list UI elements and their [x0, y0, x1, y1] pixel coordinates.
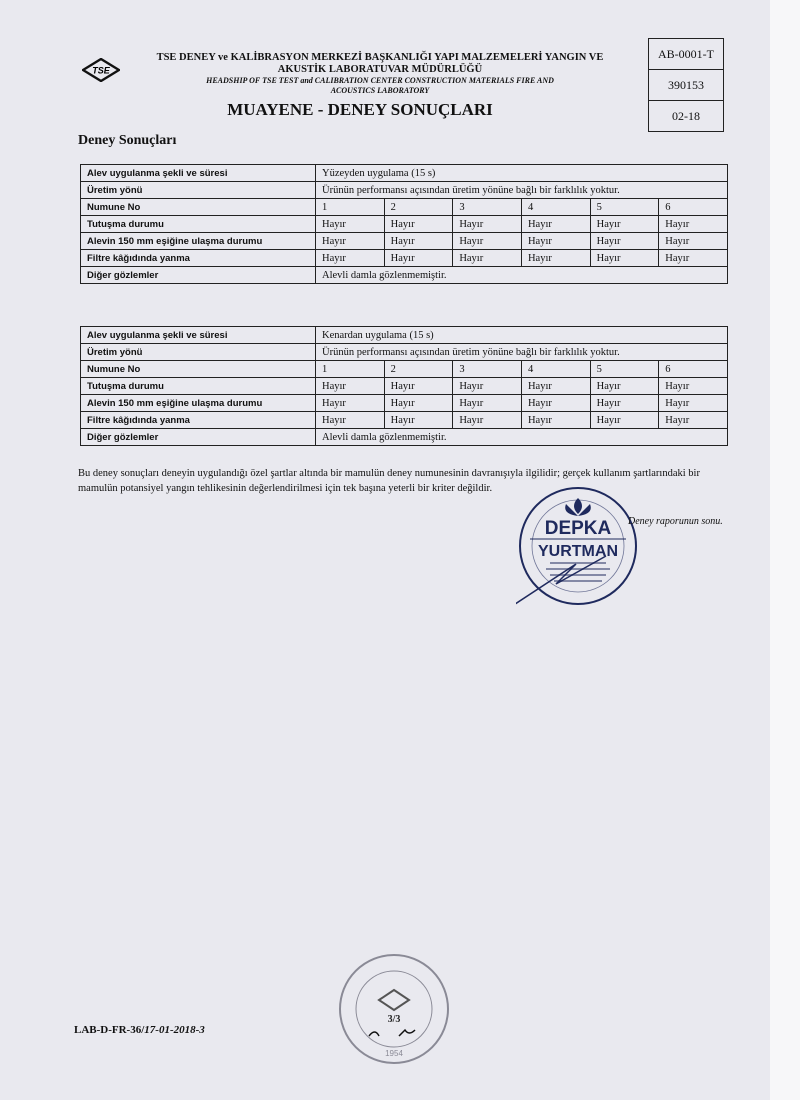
row-label: Tutuşma durumu	[81, 378, 316, 395]
end-of-report-note: Deney raporunun sonu.	[628, 516, 723, 527]
table-row-filter: Filtre kâğıdında yanmaHayırHayırHayırHay…	[81, 250, 728, 267]
row-label: Alevin 150 mm eşiğine ulaşma durumu	[81, 233, 316, 250]
cell-value: 3	[453, 361, 522, 378]
section-title: Deney Sonuçları	[78, 133, 176, 149]
cell-value: 2	[384, 199, 453, 216]
table-row-flame150: Alevin 150 mm eşiğine ulaşma durumuHayır…	[81, 395, 728, 412]
cell-value: Hayır	[384, 395, 453, 412]
table-row-flame150: Alevin 150 mm eşiğine ulaşma durumuHayır…	[81, 233, 728, 250]
cell-value: Hayır	[590, 412, 659, 429]
row-label: Numune No	[81, 361, 316, 378]
table-row-direction: Üretim yönüÜrünün performansı açısından …	[81, 344, 728, 361]
row-label: Diğer gözlemler	[81, 429, 316, 446]
cell-value: Hayır	[453, 412, 522, 429]
document-title: MUAYENE - DENEY SONUÇLARI	[150, 100, 570, 120]
cell-value: Hayır	[453, 378, 522, 395]
cell-value: Hayır	[384, 216, 453, 233]
row-label: Üretim yönü	[81, 182, 316, 199]
form-reference: LAB-D-FR-36/17-01-2018-3	[74, 1024, 205, 1036]
cell-value: Hayır	[521, 233, 590, 250]
cell-value: Hayır	[384, 233, 453, 250]
document-code-box: AB-0001-T 390153 02-18	[648, 38, 724, 132]
cell-value: Hayır	[521, 378, 590, 395]
cell-value: 1	[316, 199, 385, 216]
cell-value: Hayır	[384, 412, 453, 429]
cell-value: 4	[521, 361, 590, 378]
cell-value: Hayır	[453, 216, 522, 233]
table-row-application: Alev uygulanma şekli ve süresiKenardan u…	[81, 327, 728, 344]
row-value: Alevli damla gözlenmemiştir.	[316, 267, 728, 284]
cell-value: 4	[521, 199, 590, 216]
form-code: AB-0001-T	[649, 39, 723, 70]
row-label: Alevin 150 mm eşiğine ulaşma durumu	[81, 395, 316, 412]
cell-value: Hayır	[659, 250, 728, 267]
results-table-edge: Alev uygulanma şekli ve süresiKenardan u…	[80, 326, 728, 446]
cell-value: Hayır	[453, 233, 522, 250]
table-row-other: Diğer gözlemlerAlevli damla gözlenmemişt…	[81, 267, 728, 284]
header-title-tr-2: AKUSTİK LABORATUVAR MÜDÜRLÜĞÜ	[130, 64, 630, 76]
svg-text:YURTMAN: YURTMAN	[538, 543, 618, 560]
header-title-en-1: HEADSHIP OF TSE TEST and CALIBRATION CEN…	[130, 76, 630, 86]
company-stamp-icon: DEPKA YURTMAN	[516, 484, 640, 608]
cell-value: Hayır	[453, 395, 522, 412]
cell-value: Hayır	[659, 233, 728, 250]
svg-text:TSE: TSE	[92, 66, 111, 76]
cell-value: 5	[590, 199, 659, 216]
cell-value: 5	[590, 361, 659, 378]
row-label: Filtre kâğıdında yanma	[81, 250, 316, 267]
cell-value: Hayır	[316, 378, 385, 395]
report-number: 390153	[649, 70, 723, 101]
revision-code: 02-18	[649, 101, 723, 131]
tse-logo-icon: TSE	[82, 58, 120, 82]
cell-value: Hayır	[521, 395, 590, 412]
row-label: Numune No	[81, 199, 316, 216]
cell-value: Hayır	[659, 395, 728, 412]
row-label: Alev uygulanma şekli ve süresi	[81, 165, 316, 182]
row-value: Yüzeyden uygulama (15 s)	[316, 165, 728, 182]
cell-value: Hayır	[384, 378, 453, 395]
svg-text:1954: 1954	[385, 1049, 403, 1058]
table-row-direction: Üretim yönüÜrünün performansı açısından …	[81, 182, 728, 199]
row-value: Ürünün performansı açısından üretim yönü…	[316, 344, 728, 361]
cell-value: Hayır	[590, 395, 659, 412]
cell-value: Hayır	[659, 412, 728, 429]
row-label: Diğer gözlemler	[81, 267, 316, 284]
row-label: Alev uygulanma şekli ve süresi	[81, 327, 316, 344]
cell-value: Hayır	[521, 216, 590, 233]
institution-header: TSE DENEY ve KALİBRASYON MERKEZİ BAŞKANL…	[130, 52, 630, 96]
cell-value: 2	[384, 361, 453, 378]
table-row-ignition: Tutuşma durumuHayırHayırHayırHayırHayırH…	[81, 378, 728, 395]
header-title-en-2: ACOUSTICS LABORATORY	[130, 86, 630, 96]
row-label: Tutuşma durumu	[81, 216, 316, 233]
cell-value: Hayır	[659, 216, 728, 233]
page-edge	[770, 0, 800, 1100]
cell-value: Hayır	[316, 250, 385, 267]
row-label: Üretim yönü	[81, 344, 316, 361]
cell-value: 6	[659, 361, 728, 378]
cell-value: Hayır	[590, 216, 659, 233]
header-title-tr-1: TSE DENEY ve KALİBRASYON MERKEZİ BAŞKANL…	[130, 52, 630, 64]
table-row-application: Alev uygulanma şekli ve süresiYüzeyden u…	[81, 165, 728, 182]
table-row-sample: Numune No123456	[81, 199, 728, 216]
svg-text:DEPKA: DEPKA	[545, 518, 612, 539]
row-value: Ürünün performansı açısından üretim yönü…	[316, 182, 728, 199]
cell-value: 1	[316, 361, 385, 378]
cell-value: Hayır	[521, 412, 590, 429]
cell-value: Hayır	[316, 233, 385, 250]
cell-value: Hayır	[590, 250, 659, 267]
tse-seal-icon: 3/3 1954	[337, 952, 451, 1066]
cell-value: Hayır	[659, 378, 728, 395]
cell-value: 3	[453, 199, 522, 216]
cell-value: 6	[659, 199, 728, 216]
cell-value: Hayır	[316, 216, 385, 233]
cell-value: Hayır	[590, 233, 659, 250]
cell-value: Hayır	[521, 250, 590, 267]
cell-value: Hayır	[453, 250, 522, 267]
row-value: Kenardan uygulama (15 s)	[316, 327, 728, 344]
results-table-surface: Alev uygulanma şekli ve süresiYüzeyden u…	[80, 164, 728, 284]
table-row-filter: Filtre kâğıdında yanmaHayırHayırHayırHay…	[81, 412, 728, 429]
cell-value: Hayır	[316, 412, 385, 429]
cell-value: Hayır	[590, 378, 659, 395]
cell-value: Hayır	[316, 395, 385, 412]
table-row-ignition: Tutuşma durumuHayırHayırHayırHayırHayırH…	[81, 216, 728, 233]
row-value: Alevli damla gözlenmemiştir.	[316, 429, 728, 446]
row-label: Filtre kâğıdında yanma	[81, 412, 316, 429]
table-row-sample: Numune No123456	[81, 361, 728, 378]
cell-value: Hayır	[384, 250, 453, 267]
svg-text:3/3: 3/3	[388, 1014, 401, 1025]
table-row-other: Diğer gözlemlerAlevli damla gözlenmemişt…	[81, 429, 728, 446]
